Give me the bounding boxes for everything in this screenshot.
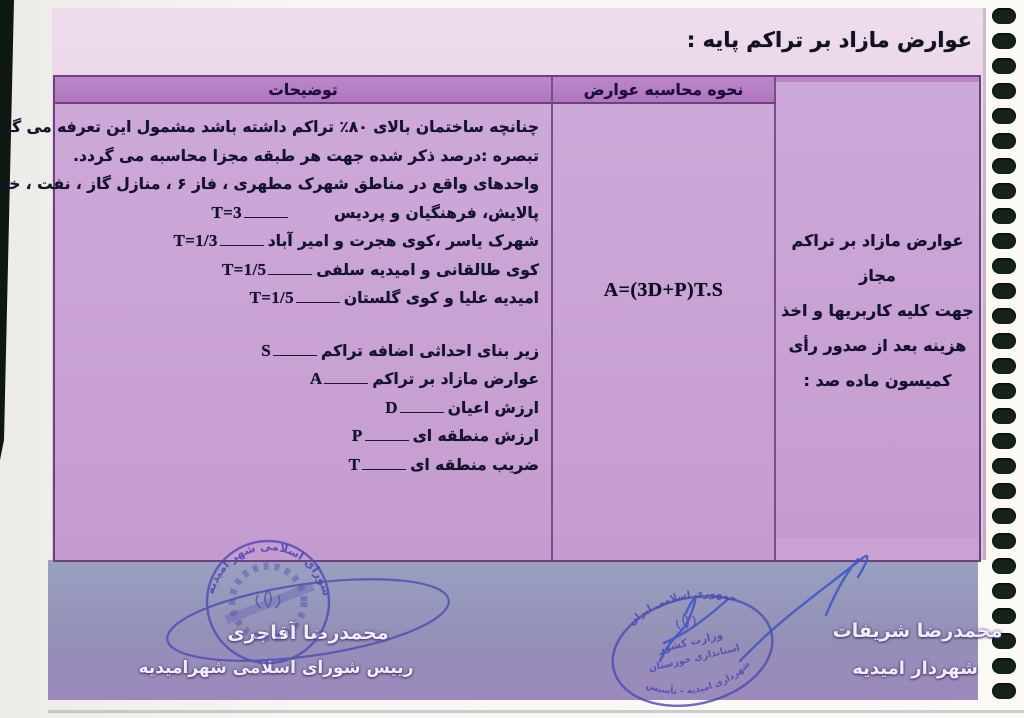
variable-code: A bbox=[310, 369, 323, 388]
binding-hole bbox=[992, 308, 1016, 324]
page-title: عوارض مازاد بر تراکم پایه : bbox=[687, 28, 972, 52]
binding-hole bbox=[992, 58, 1016, 74]
binding-hole bbox=[992, 508, 1016, 524]
mayor-role: شهردار امیدیه bbox=[800, 658, 1024, 679]
underscore-fill bbox=[362, 455, 406, 470]
binding-hole bbox=[992, 83, 1016, 99]
binding-hole bbox=[992, 183, 1016, 199]
explanation-line: پالایش، فرهنگیان و پردیسT=3 bbox=[61, 199, 539, 228]
binding-hole bbox=[992, 358, 1016, 374]
binding-hole bbox=[992, 383, 1016, 399]
binding-hole bbox=[992, 133, 1016, 149]
binding-hole bbox=[992, 408, 1016, 424]
underscore-fill bbox=[400, 398, 444, 413]
binding-hole bbox=[992, 433, 1016, 449]
explanation-line: عوارض مازاد بر تراکمA bbox=[61, 365, 539, 394]
explanation-line: ارزش اعیانD bbox=[61, 394, 539, 423]
binding-hole bbox=[992, 558, 1016, 574]
tariff-line: عوارض مازاد بر تراکم مجاز bbox=[776, 223, 979, 293]
column-header-calculation: نحوه محاسبه عوارض bbox=[551, 77, 776, 104]
binding-hole bbox=[992, 533, 1016, 549]
council-head-name: محمدرضا آقاجری bbox=[188, 622, 428, 644]
underscore-fill bbox=[296, 288, 340, 303]
explanation-line: تبصره :درصد ذکر شده جهت هر طبقه مجزا محا… bbox=[61, 142, 539, 171]
explanation-line: چنانچه ساختمان بالای ۸۰٪ تراکم داشته باش… bbox=[61, 113, 539, 142]
variable-code: T bbox=[349, 455, 361, 474]
variable-code: D bbox=[385, 398, 398, 417]
tariff-line: کمیسون ماده صد : bbox=[804, 363, 952, 398]
sheet-bottom-shadow bbox=[48, 710, 1024, 713]
underscore-fill bbox=[268, 260, 312, 275]
explanation-line: کوی طالقانی و امیدیه سلفیT=1/5 bbox=[61, 256, 539, 285]
binding-holes bbox=[992, 8, 1018, 708]
binding-hole bbox=[992, 108, 1016, 124]
tariff-line: هزینه بعد از صدور رأی bbox=[789, 328, 967, 363]
binding-hole bbox=[992, 458, 1016, 474]
binding-hole bbox=[992, 233, 1016, 249]
binding-hole bbox=[992, 483, 1016, 499]
explanation-line: امیدیه علیا و کوی گلستانT=1/5 bbox=[61, 284, 539, 313]
underscore-fill bbox=[273, 341, 317, 356]
scanner-background-edge bbox=[0, 0, 14, 460]
explanation-line: زیر بنای احداثی اضافه تراکمS bbox=[61, 337, 539, 366]
column-header-explanations: توضیحات bbox=[55, 77, 551, 104]
binding-hole bbox=[992, 8, 1016, 24]
blank-line bbox=[61, 313, 539, 337]
calculation-formula: A=(3D+P)T.S bbox=[604, 279, 724, 302]
explanation-line: ارزش منطقه ایP bbox=[61, 422, 539, 451]
binding-hole bbox=[992, 208, 1016, 224]
tariff-title-cell: عوارض مازاد بر تراکم مجاز جهت کلیه کاربر… bbox=[776, 82, 979, 538]
explanation-line: شهرک یاسر ،کوی هجرت و امیر آبادT=1/3 bbox=[61, 227, 539, 256]
coefficient-code: T=3 bbox=[212, 203, 242, 222]
explanations-cell: چنانچه ساختمان بالای ۸۰٪ تراکم داشته باش… bbox=[55, 104, 551, 560]
binding-hole bbox=[992, 333, 1016, 349]
council-head-role: رییس شورای اسلامی شهرامیدیه bbox=[126, 658, 426, 678]
scanned-document-sheet: عوارض مازاد بر تراکم پایه : توضیحات نحوه… bbox=[48, 8, 988, 700]
calculation-cell: A=(3D+P)T.S bbox=[551, 104, 776, 560]
variable-code: S bbox=[261, 341, 271, 360]
binding-hole bbox=[992, 158, 1016, 174]
tariff-line: جهت کلیه کاربریها و اخذ bbox=[781, 293, 974, 328]
variable-code: P bbox=[352, 426, 363, 445]
binding-hole bbox=[992, 258, 1016, 274]
explanation-line: واحدهای واقع در مناطق شهرک مطهری ، فاز ۶… bbox=[61, 170, 539, 199]
underscore-fill bbox=[244, 203, 288, 218]
binding-hole bbox=[992, 33, 1016, 49]
explanation-line: ضریب منطقه ایT bbox=[61, 451, 539, 480]
underscore-fill bbox=[324, 369, 368, 384]
binding-hole bbox=[992, 583, 1016, 599]
mayor-name: محمدرضا شریفات bbox=[800, 620, 1024, 642]
coefficient-code: T=1/5 bbox=[222, 260, 266, 279]
coefficient-code: T=1/5 bbox=[250, 288, 294, 307]
underscore-fill bbox=[220, 231, 264, 246]
binding-hole bbox=[992, 283, 1016, 299]
underscore-fill bbox=[365, 426, 409, 441]
coefficient-code: T=1/3 bbox=[173, 231, 217, 250]
tariff-table: توضیحات نحوه محاسبه عوارض عنوان تعرفه عو… bbox=[53, 75, 981, 562]
binding-hole bbox=[992, 683, 1016, 699]
